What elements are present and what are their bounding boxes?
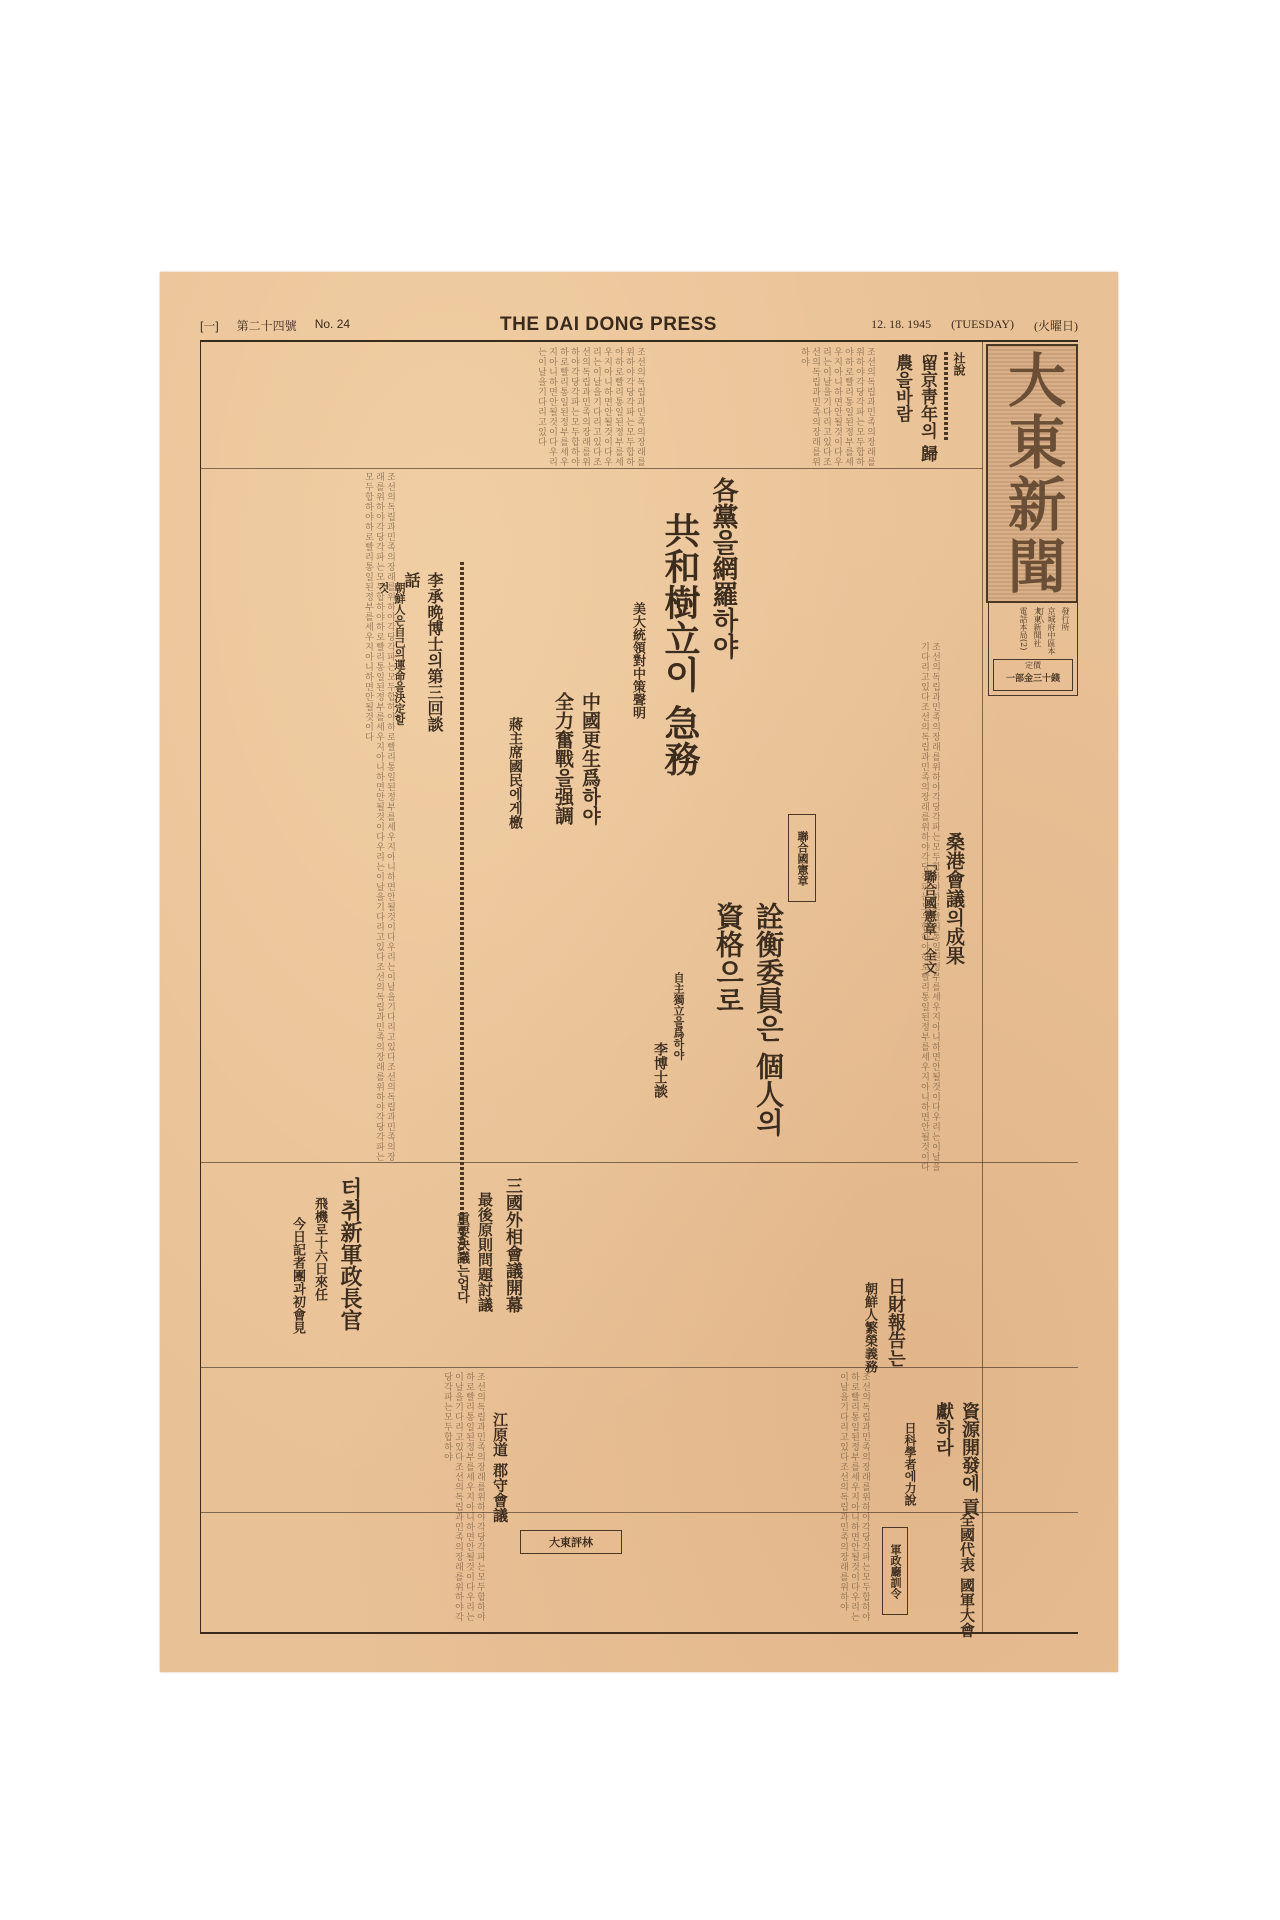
masthead-rule: [200, 340, 1078, 342]
governor-deck: 今日記者團과初會見: [288, 1217, 307, 1367]
daedong-column-box: 大東評林: [520, 1530, 622, 1554]
china-subhead: 蔣主席國民에게檄: [505, 717, 525, 847]
committee-byline: 李博士談: [650, 1042, 670, 1132]
price-label: 定價: [994, 660, 1072, 671]
sf-headline: 桑港會議의成果: [941, 832, 968, 1012]
committee-subhead: 自主獨立을爲하야: [670, 972, 686, 1102]
body-text: 조선의독립과민족의장래를위하야각당각파는모두합하야하로빨리통일된정부를세우지아니…: [655, 347, 875, 467]
editorial-border: [944, 352, 948, 442]
newspaper-page: [一] 第二十四號 No. 24 THE DAI DONG PRESS 12. …: [160, 272, 1118, 1672]
row-rule: [200, 468, 983, 469]
issue-date: 12. 18. 1945: [871, 317, 931, 334]
row-rule: [200, 1512, 1078, 1513]
price: 一部金三十錢: [994, 671, 1072, 684]
issue-number-kanji: 第二十四號: [237, 317, 297, 334]
left-rule: [200, 340, 201, 1634]
body-text: 조선의독립과민족의장래를위하야각당각파는모두합하야하로빨리통일된정부를세우지아니…: [760, 642, 940, 1172]
resources-subhead: 日科學者에力說: [902, 1422, 919, 1542]
editorial-headline: 留京靑年의 歸農을바람: [890, 354, 940, 464]
lead-headline: 共和樹立이 急務: [655, 512, 706, 782]
body-text: 조선의독립과민족의장래를위하야각당각파는모두합하야하로빨리통일된정부를세우지아니…: [205, 472, 395, 1162]
row-rule: [200, 1162, 1078, 1163]
weekday: (TUESDAY): [951, 317, 1014, 334]
nameplate-rule: [982, 340, 983, 1634]
lead-subhead: 各黨을網羅하야: [705, 477, 742, 717]
nameplate: 大東新聞: [986, 344, 1078, 603]
masthead-title: THE DAI DONG PRESS: [500, 314, 717, 336]
publisher-info: 發行所 京城府中區本町八 大東新聞社 電話本局(2) 定價 一部金三十錢: [988, 602, 1078, 696]
lead-byline: 美大統領對中策聲明: [628, 602, 647, 772]
body-text: 조선의독립과민족의장래를위하야각당각파는모두합하야하로빨리통일된정부를세우지아니…: [660, 1372, 870, 1622]
publisher-label: 發行所: [1060, 607, 1071, 659]
row-rule: [200, 1367, 1078, 1368]
nameplate-title: 大東新聞: [990, 350, 1074, 598]
price-box: 定價 一部金三十錢: [993, 659, 1073, 691]
japan-report-headline: 日財報告는: [882, 1277, 908, 1387]
bottom-rule: [200, 1632, 1078, 1634]
body-text: 조선의독립과민족의장래를위하야각당각파는모두합하야하로빨리통일된정부를세우지아니…: [205, 1372, 485, 1622]
publisher-name: 大東新聞社: [1032, 607, 1043, 659]
editorial-label: 社說: [951, 352, 968, 376]
ministers-headline: 三國外相會議開幕: [500, 1177, 525, 1347]
ministers-deck: 重要決議는업다: [452, 1212, 471, 1362]
body-text: 조선의독립과민족의장래를위하야각당각파는모두합하야하로빨리통일된정부를세우지아니…: [205, 347, 645, 467]
column-divider-chain: [460, 562, 464, 1262]
governor-headline: 터취新軍政長官: [335, 1177, 366, 1377]
army-headline: 全國代表 國軍大會: [957, 1512, 978, 1662]
masthead: [一] 第二十四號 No. 24 THE DAI DONG PRESS 12. …: [200, 312, 1078, 338]
gangwon-headline: 江原道 郡守會議: [490, 1412, 511, 1542]
military-order-box: 軍政廳訓令: [882, 1527, 908, 1615]
publisher-phone: 電話本局(2): [1018, 607, 1029, 659]
ministers-subhead: 最後原則問題討議: [475, 1192, 496, 1352]
china-headline: 中國更生爲하야 全力奮戰을强調: [550, 692, 604, 842]
governor-subhead: 飛機로十六日來任: [310, 1197, 329, 1347]
page-number: [一]: [200, 317, 219, 334]
issue-number: No. 24: [315, 317, 350, 334]
weekday-kr: (火曜日): [1034, 317, 1078, 334]
